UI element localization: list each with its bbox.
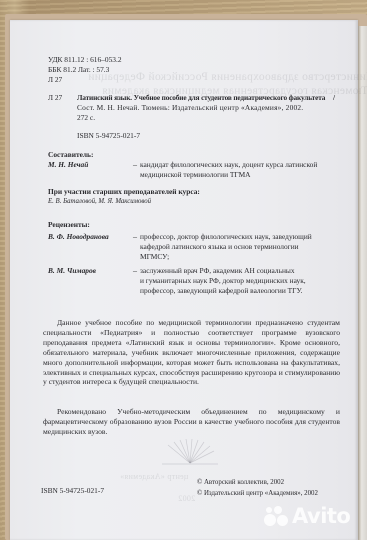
show-through-bottom-2: 2002 <box>178 494 195 503</box>
book-title: Латинский язык. Учебное пособие для студ… <box>77 93 325 102</box>
page-stack-edge <box>358 26 367 540</box>
copyright-authors: © Авторский коллектив, 2002 <box>197 478 284 487</box>
avito-brand-text: Avito <box>292 504 350 528</box>
recommendation-paragraph: Рекомендовано Учебно-методическим объеди… <box>43 407 340 437</box>
reviewer-2-dash: – <box>133 266 137 275</box>
show-through-bottom-1: центр «Академия» <box>120 472 188 481</box>
abstract-text: Данное учебное пособие по медицинской те… <box>43 318 340 387</box>
participation-names: Е. В. Баталовой, М. Я. Максимовой <box>48 197 151 206</box>
entry-isbn: ISBN 5-94725-021-7 <box>77 131 140 140</box>
reviewer-2-line-1: заслуженный врач РФ, академик АН социаль… <box>140 266 295 275</box>
title-slash: / <box>333 93 335 102</box>
compiler-dash: – <box>133 160 137 169</box>
book-page: Министерство здравоохранения Российской … <box>10 20 358 540</box>
copyright-publisher: © Издательский центр «Академия», 2002 <box>197 489 318 498</box>
avito-logo-icon <box>262 504 290 528</box>
reviewer-1-line-2: кафедрой латинского языка и основ термин… <box>140 242 299 251</box>
reviewer-1-name: В. Ф. Новодранова <box>48 232 109 241</box>
compiler-desc-2: медицинской терминологии ТГМА <box>140 170 250 179</box>
participation-heading: При участии старших преподавателей курса… <box>48 187 200 196</box>
footer-isbn: ISBN 5-94725-021-7 <box>41 486 104 495</box>
author-mark: Л 27 <box>48 75 62 84</box>
entry-mark: Л 27 <box>48 93 62 102</box>
reviewer-2-line-3: профессор, заведующий кафедрой валеологи… <box>140 286 302 295</box>
compiler-desc-1: кандидат филологических наук, доцент кур… <box>140 160 317 169</box>
compiler-name: М. Н. Нечай <box>48 160 88 169</box>
reviewer-1-line-1: профессор, доктор филологических наук, з… <box>140 232 312 241</box>
avito-watermark: Avito <box>262 502 350 530</box>
entry-line-2: Сост. М. Н. Нечай. Тюмень: Издательский … <box>77 103 303 112</box>
compiler-heading: Составитель: <box>48 150 93 159</box>
show-through-line-1: Министерство здравоохранения Российской … <box>88 71 367 83</box>
udk-code: УДК 811.12 : 616–053.2 <box>48 55 122 64</box>
entry-pages: 272 с. <box>77 113 95 122</box>
reviewer-2-name: В. М. Чимаров <box>48 266 96 275</box>
recommendation-text: Рекомендовано Учебно-методическим объеди… <box>43 407 340 437</box>
bbk-code: ББК 81.2 Лат. : 57.3 <box>48 65 109 74</box>
reviewer-2-line-2: и гуманитарных наук РФ, доктор медицинск… <box>140 276 306 285</box>
reviewer-1-dash: – <box>133 232 137 241</box>
reviewer-1-line-3: МГМСУ; <box>140 252 169 261</box>
publisher-logo-icon <box>160 437 220 467</box>
reviewers-heading: Рецензенты: <box>48 220 90 229</box>
abstract-paragraph: Данное учебное пособие по медицинской те… <box>43 318 340 387</box>
